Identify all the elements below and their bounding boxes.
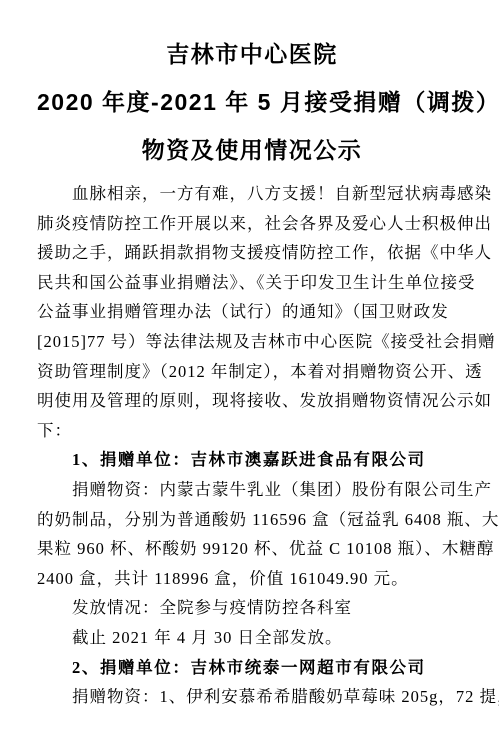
- document-title: 吉林市中心医院 2020 年度-2021 年 5 月接受捐赠（调拨） 物资及使用…: [37, 30, 467, 174]
- donor-1-deadline-line: 截止 2021 年 4 月 30 日全部发放。: [37, 623, 467, 653]
- donor-1-distribution-line: 发放情况：全院参与疫情防控各科室: [37, 593, 467, 623]
- donor-1-goods-line: 果粒 960 杯、杯酸奶 99120 杯、优益 C 10108 瓶）、木糖醇: [37, 534, 467, 564]
- intro-paragraph-line: [2015]77 号）等法律法规及吉林市中心医院《接受社会捐赠: [37, 327, 467, 357]
- intro-paragraph-line: 资助管理制度》（2012 年制定），本着对捐赠物资公开、透: [37, 357, 467, 387]
- intro-paragraph-line: 明使用及管理的原则，现将接收、发放捐赠物资情况公示如: [37, 386, 467, 416]
- title-line-period: 2020 年度-2021 年 5 月接受捐赠（调拨）: [37, 78, 467, 126]
- intro-paragraph-line: 肺炎疫情防控工作开展以来，社会各界及爱心人士积极伸出: [37, 209, 467, 239]
- document-body: 血脉相亲，一方有难，八方支援！自新型冠状病毒感染 肺炎疫情防控工作开展以来，社会…: [37, 179, 467, 712]
- donor-1-heading: 1、捐赠单位：吉林市澳嘉跃进食品有限公司: [37, 445, 467, 475]
- donor-1-goods-line: 捐赠物资：内蒙古蒙牛乳业（集团）股份有限公司生产: [37, 475, 467, 505]
- donor-2-goods-line: 捐赠物资：1、伊利安慕希希腊酸奶草莓味 205g，72 提，: [37, 682, 467, 712]
- title-line-hospital-name: 吉林市中心医院: [37, 30, 467, 78]
- intro-paragraph-line: 援助之手，踊跃捐款捐物支援疫情防控工作，依据《中华人: [37, 238, 467, 268]
- intro-paragraph-line: 民共和国公益事业捐赠法》、《关于印发卫生计生单位接受: [37, 268, 467, 298]
- title-line-subject: 物资及使用情况公示: [37, 126, 467, 174]
- donor-1-goods-line: 2400 盒，共计 118996 盒，价值 161049.90 元。: [37, 564, 467, 594]
- intro-paragraph-line: 血脉相亲，一方有难，八方支援！自新型冠状病毒感染: [37, 179, 467, 209]
- intro-paragraph-line: 公益事业捐赠管理办法（试行）的通知》（国卫财政发: [37, 297, 467, 327]
- intro-paragraph-line: 下：: [37, 416, 467, 446]
- donor-2-heading: 2、捐赠单位：吉林市统泰一网超市有限公司: [37, 653, 467, 683]
- document-page: 吉林市中心医院 2020 年度-2021 年 5 月接受捐赠（调拨） 物资及使用…: [0, 0, 499, 733]
- donor-1-goods-line: 的奶制品，分别为普通酸奶 116596 盒（冠益乳 6408 瓶、大: [37, 505, 467, 535]
